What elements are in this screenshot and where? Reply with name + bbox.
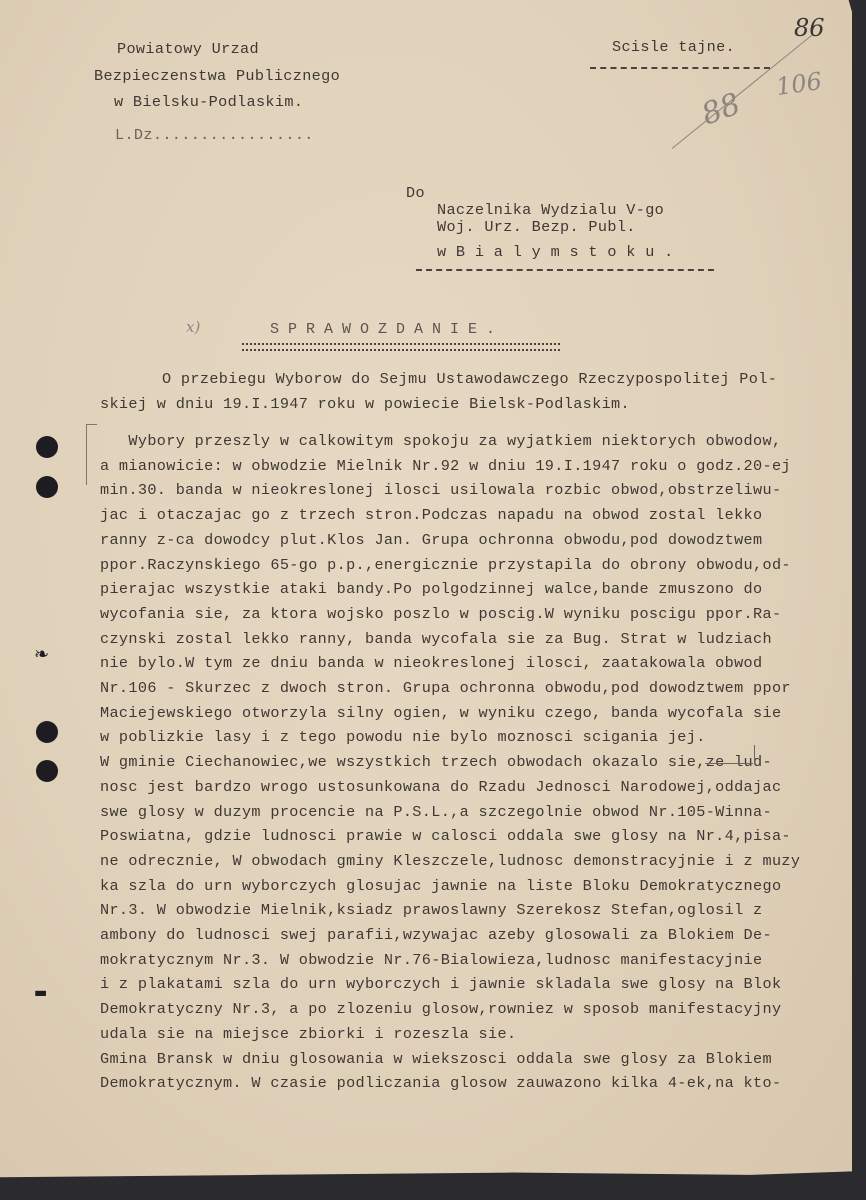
body-line: i z plakatami szla do urn wyborczych i j… — [100, 977, 781, 992]
body-line: Maciejewskiego otworzyla silny ogien, w … — [100, 706, 781, 721]
pencil-underline-mark — [705, 759, 753, 764]
addressee-line-2: Woj. Urz. Bezp. Publ. — [437, 220, 636, 235]
body-line: czynski zostal lekko ranny, banda wycofa… — [100, 632, 772, 647]
subtitle-line-2: skiej w dniu 19.I.1947 roku w powiecie B… — [100, 397, 630, 412]
body-line: mokratycznym Nr.3. W obwodzie Nr.76-Bial… — [100, 953, 762, 968]
office-line-3: w Bielsku-Podlaskim. — [114, 95, 303, 110]
document-page: Powiatowy Urzad Bezpieczenstwa Publiczne… — [0, 0, 852, 1188]
office-line-1: Powiatowy Urzad — [117, 42, 259, 57]
body-line: Demokratycznym. W czasie podliczania glo… — [100, 1076, 781, 1091]
punch-hole — [36, 476, 58, 498]
body-line: w poblizkie lasy i z tego powodu nie byl… — [100, 730, 706, 745]
body-line: pierajac wszystkie ataki bandy.Po polgod… — [100, 582, 762, 597]
classification-underline — [590, 67, 770, 69]
body-line: Wybory przeszly w calkowitym spokoju za … — [100, 434, 781, 449]
ink-blot: ▬ — [34, 985, 47, 1001]
subtitle-line-1: O przebiegu Wyborow do Sejmu Ustawodawcz… — [162, 372, 777, 387]
addressee-line-3: w B i a l y m s t o k u . — [437, 245, 674, 260]
body-line: Nr.3. W obwodzie Mielnik,ksiadz prawosla… — [100, 903, 762, 918]
ink-blot: ❧ — [34, 644, 49, 665]
addressee-to: Do — [406, 186, 425, 201]
ldz-field: L.Dz................. — [115, 128, 314, 143]
addressee-line-1: Naczelnika Wydzialu V-go — [437, 203, 664, 218]
margin-mark: x) — [186, 318, 200, 336]
punch-hole — [36, 436, 58, 458]
body-line: ranny z-ca dowodcy plut.Klos Jan. Grupa … — [100, 533, 762, 548]
body-line: nie bylo.W tym ze dniu banda w nieokresl… — [100, 656, 762, 671]
body-line: Nr.106 - Skurzec z dwoch stron. Grupa oc… — [100, 681, 791, 696]
classification-label: Scisle tajne. — [612, 40, 735, 55]
punch-hole — [36, 760, 58, 782]
body-line: jac i otaczajac go z trzech stron.Podcza… — [100, 508, 762, 523]
body-line: a mianowicie: w obwodzie Mielnik Nr.92 w… — [100, 459, 791, 474]
report-title: SPRAWOZDANIE. — [270, 322, 504, 337]
page-number-pencil: 106 — [774, 67, 823, 101]
body-line: Demokratyczny Nr.3, a po zlozeniu glosow… — [100, 1002, 781, 1017]
addressee-underline — [416, 269, 714, 271]
punch-hole — [36, 721, 58, 743]
body-line: udala sie na miejsce zbiorki i rozeszla … — [100, 1027, 516, 1042]
body-line: nosc jest bardzo wrogo ustosunkowana do … — [100, 780, 781, 795]
body-line: wycofania sie, za ktora wojsko poszlo w … — [100, 607, 781, 622]
body-line: min.30. banda w nieokreslonej ilosci usi… — [100, 483, 781, 498]
body-line: ppor.Raczynskiego 65-go p.p.,energicznie… — [100, 558, 791, 573]
body-line: Gmina Bransk w dniu glosowania w wiekszo… — [100, 1052, 772, 1067]
pencil-bracket-mark — [86, 424, 97, 485]
body-line: Poswiatna, gdzie ludnosci prawie w calos… — [100, 829, 791, 844]
body-line: ambony do ludnosci swej parafii,wzywajac… — [100, 928, 772, 943]
body-line: ne odrecznie, W obwodach gminy Kleszczel… — [100, 854, 800, 869]
title-double-underline — [242, 343, 560, 351]
body-line: W gminie Ciechanowiec,we wszystkich trze… — [100, 755, 772, 770]
office-line-2: Bezpieczenstwa Publicznego — [94, 69, 340, 84]
body-line: swe glosy w duzym procencie na P.S.L.,a … — [100, 805, 772, 820]
body-line: ka szla do urn wyborczych glosujac jawni… — [100, 879, 781, 894]
